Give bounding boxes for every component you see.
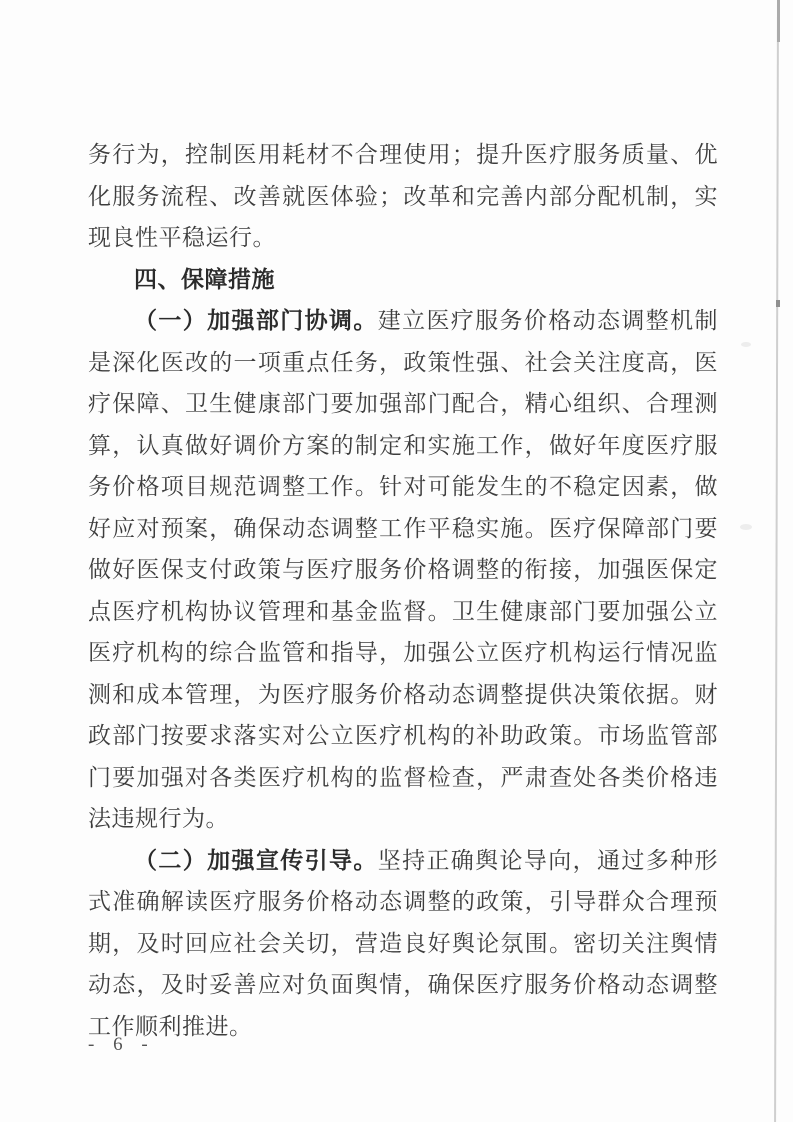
paragraph-2-lead: （二）加强宣传引导。: [134, 848, 378, 873]
paragraph-continuation: 务行为，控制医用耗材不合理使用；提升医疗服务质量、优化服务流程、改善就医体验；改…: [88, 134, 718, 259]
scan-edge-artifact-blip: [776, 300, 780, 307]
scan-edge-artifact-line: [774, 0, 779, 1122]
scan-edge-artifact-cap: [777, 0, 780, 42]
paragraph-1-text: 建立医疗服务价格动态调整机制是深化医改的一项重点任务，政策性强、社会关注度高，医…: [88, 308, 718, 831]
scanned-document-page: 务行为，控制医用耗材不合理使用；提升医疗服务质量、优化服务流程、改善就医体验；改…: [0, 0, 793, 1122]
page-number: - 6 -: [88, 1034, 155, 1056]
scan-smudge: [741, 342, 751, 347]
paragraph-2: （二）加强宣传引导。坚持正确舆论导向，通过多种形式准确解读医疗服务价格动态调整的…: [88, 840, 718, 1048]
paragraph-1: （一）加强部门协调。建立医疗服务价格动态调整机制是深化医改的一项重点任务，政策性…: [88, 300, 718, 840]
paragraph-1-lead: （一）加强部门协调。: [134, 308, 378, 333]
document-body: 务行为，控制医用耗材不合理使用；提升医疗服务质量、优化服务流程、改善就医体验；改…: [88, 134, 718, 1047]
scan-smudge: [740, 524, 752, 530]
paragraph-2-text: 坚持正确舆论导向，通过多种形式准确解读医疗服务价格动态调整的政策，引导群众合理预…: [88, 848, 718, 1039]
section-heading: 四、保障措施: [134, 259, 718, 301]
